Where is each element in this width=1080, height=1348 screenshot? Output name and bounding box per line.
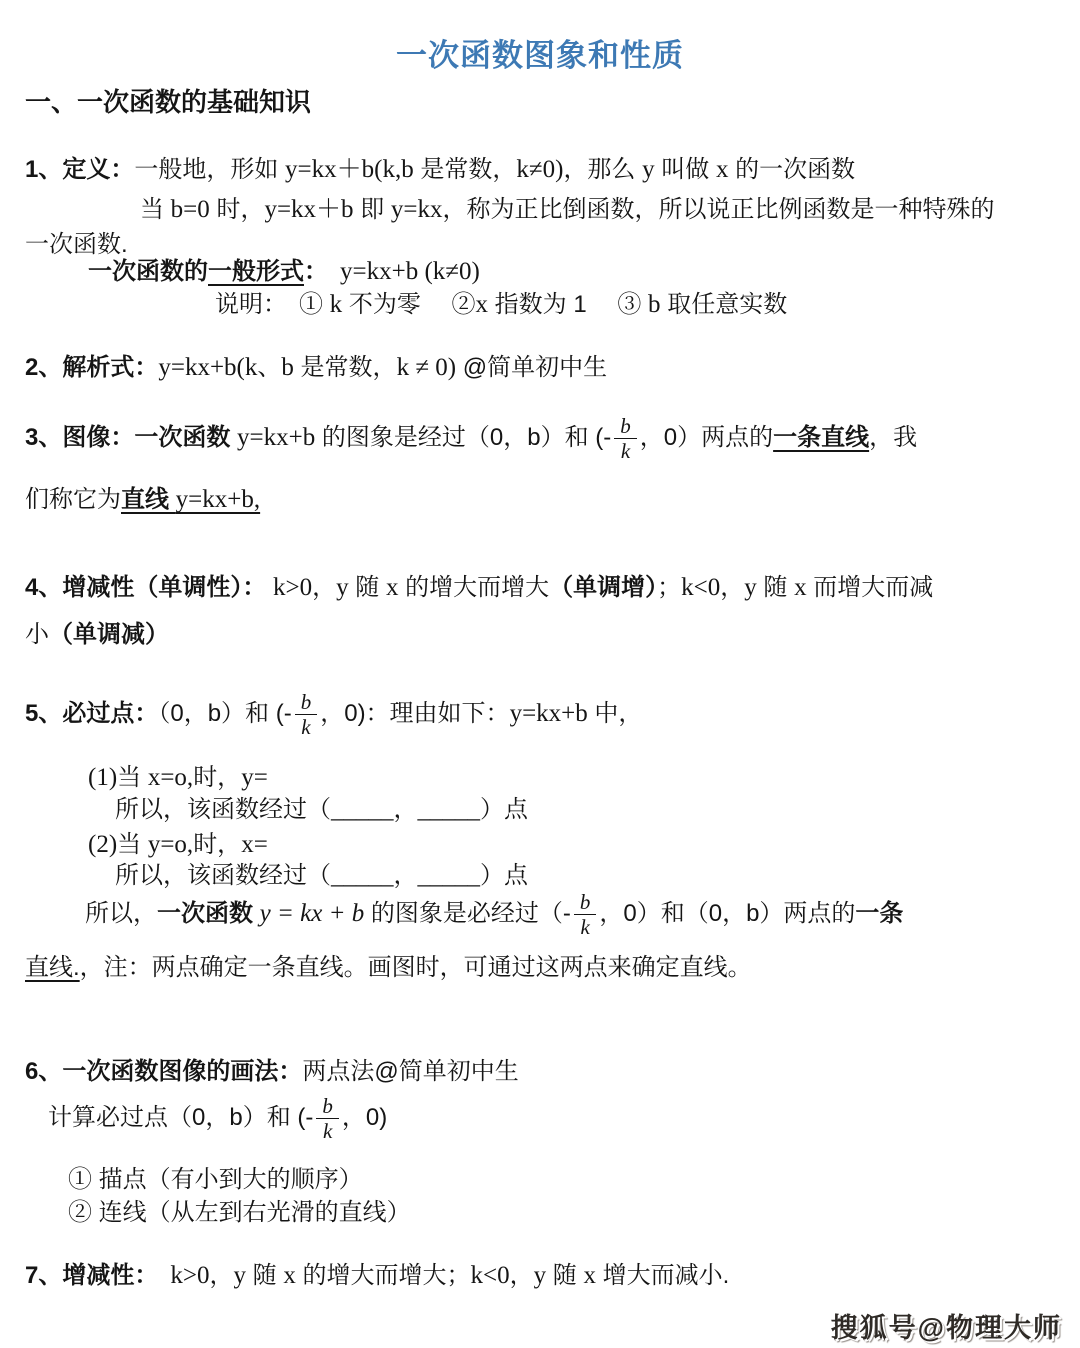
text-segment: y=kx＋b(k,b — [285, 156, 414, 183]
text-segment: 4、增减性（单调性）： — [25, 574, 266, 601]
fraction-numerator: b — [316, 1094, 339, 1118]
fraction-numerator: b — [574, 890, 597, 914]
section-4-monotonicity: 4、增减性（单调性）： k>0，y 随 x 的增大而增大（单调增）；k<0，y … — [25, 570, 933, 605]
text-segment: 一、一次函数的基础知识 — [25, 87, 311, 117]
document-page: 一次函数图象和性质 一、一次函数的基础知识1、定义：一般地，形如 y=kx＋b(… — [0, 0, 1080, 1348]
text-segment: y=kx+b — [237, 424, 315, 451]
fraction-denominator: k — [295, 714, 318, 739]
text-segment: 一次函数 — [134, 424, 237, 451]
text-segment: b=0 — [171, 196, 210, 223]
text-segment: 叫做 — [655, 156, 716, 183]
text-segment: ，0）和（0，b）两点的 — [599, 900, 855, 927]
page-title: 一次函数图象和性质 — [0, 34, 1080, 77]
watermark: 搜狐号@物理大师 — [831, 1306, 1062, 1345]
text-segment: ， — [394, 796, 418, 823]
section-6-drawing-method: 6、一次函数图像的画法：两点法@简单初中生 — [25, 1055, 519, 1089]
text-segment: 3、图像： — [25, 424, 134, 451]
section-5-case-1-blank: 所以，该函数经过（_____，_____）点 — [115, 792, 528, 827]
fraction-denominator: k — [614, 438, 637, 463]
text-segment: 2、解析式： — [25, 354, 158, 381]
text-segment: 5、必过点： — [25, 700, 158, 727]
text-segment: ，0）两点的 — [640, 424, 773, 451]
section-5-case-2: (2)当 y=o,时，x= — [88, 827, 268, 862]
fraction-denominator: k — [316, 1118, 339, 1143]
text-segment: 是常数， — [414, 156, 517, 183]
section-5-case-1: (1)当 x=o,时，y= — [88, 760, 268, 795]
text-segment: 计算必过点（0，b）和 (- — [48, 1104, 313, 1131]
text-segment: 的增大而增大 — [398, 574, 549, 601]
text-segment: y=kx＋b — [264, 196, 353, 223]
text-segment: 当 — [140, 196, 171, 223]
section-6-compute-points: 计算必过点（0，b）和 (-bk，0) — [48, 1094, 387, 1143]
text-segment: k<0 — [681, 574, 720, 601]
text-segment: ， — [209, 1262, 233, 1289]
section-6-step-2: ② 连线（从左到右光滑的直线） — [68, 1196, 411, 1230]
text-segment: y=kx+b, — [176, 486, 260, 513]
text-segment: x — [716, 156, 729, 183]
text-segment: 所以， — [85, 900, 157, 927]
section-3-graph: 3、图像：一次函数 y=kx+b 的图象是经过（0，b）和 (-bk，0）两点的… — [25, 414, 917, 463]
fraction-b-over-k: bk — [316, 1094, 339, 1143]
section-2-analytic: 2、解析式：y=kx+b(k、b 是常数，k ≠ 0) @简单初中生 — [25, 350, 607, 385]
text-segment: 一条 — [855, 900, 903, 927]
text-segment — [253, 900, 260, 927]
text-segment: 7、增减性： — [25, 1262, 146, 1289]
section-6-step-1: ① 描点（有小到大的顺序） — [68, 1163, 363, 1197]
text-segment: x — [283, 1262, 296, 1289]
section-4-line-2: 小（单调减） — [25, 618, 169, 652]
text-segment: 不为零 ② — [342, 291, 475, 318]
text-segment: (2) — [88, 831, 117, 858]
text-segment: 们称它为 — [25, 486, 121, 513]
text-segment: _____ — [331, 796, 394, 823]
text-segment: 小 — [25, 621, 49, 648]
text-segment: 随 — [546, 1262, 583, 1289]
text-segment: ① 描点（有小到大的顺序） — [68, 1166, 363, 1193]
text-segment: _____ — [418, 796, 481, 823]
text-segment: y — [336, 574, 349, 601]
text-segment: ，0) — [342, 1104, 387, 1131]
text-segment: ， — [394, 862, 418, 889]
text-segment: 时， — [193, 764, 241, 791]
text-segment: ，那么 — [563, 156, 642, 183]
text-segment: 随 — [349, 574, 386, 601]
text-segment: 一次函数 — [157, 900, 253, 927]
text-segment: （单调增） — [549, 574, 657, 601]
general-form-notes: 说明： ① k 不为零 ②x 指数为 1 ③ b 取任意实数 — [215, 287, 787, 322]
fraction-b-over-k: bk — [574, 890, 597, 939]
text-segment: y=kx+b(k — [158, 354, 257, 381]
text-segment: b — [648, 291, 661, 318]
text-segment: 时， — [210, 196, 265, 223]
text-segment: 所以，该函数经过（ — [115, 796, 331, 823]
text-segment: 的一次函数 — [728, 156, 855, 183]
text-segment: @简单初中生 — [456, 354, 607, 381]
text-segment: 一次函数的 — [88, 258, 208, 285]
section-5-note: 直线.，注：两点确定一条直线。画图时，可通过这两点来确定直线。 — [25, 951, 752, 985]
text-segment: （0，b）和 (- — [158, 700, 291, 727]
general-form-line: 一次函数的一般形式： y=kx+b (k≠0) — [88, 254, 480, 289]
text-segment: y — [233, 1262, 246, 1289]
text-segment: 直线 — [121, 486, 176, 513]
text-segment: ： — [304, 258, 316, 285]
section-5-conclusion: 所以，一次函数 y = kx + b 的图象是必经过（-bk，0）和（0，b）两… — [85, 890, 903, 939]
text-segment: x — [794, 574, 807, 601]
section-7-monotonicity: 7、增减性： k>0，y 随 x 的增大而增大；k<0，y 随 x 增大而减小. — [25, 1258, 729, 1293]
text-segment — [146, 1262, 170, 1289]
fraction-denominator: k — [574, 914, 597, 939]
text-segment: y= — [241, 764, 268, 791]
text-segment: 、 — [257, 354, 281, 381]
text-segment: y = kx + b — [260, 900, 365, 927]
text-segment: 当 — [117, 831, 148, 858]
text-segment: y — [642, 156, 655, 183]
text-segment: 当 — [117, 764, 148, 791]
text-segment: ，我 — [869, 424, 917, 451]
text-segment: k>0 — [273, 574, 312, 601]
text-segment: 一般地，形如 — [134, 156, 285, 183]
text-segment: 是常数， — [294, 354, 397, 381]
text-segment: 增大而减小. — [596, 1262, 729, 1289]
text-segment: 两点法@简单初中生 — [302, 1058, 518, 1085]
text-segment: y=kx+b — [510, 700, 588, 727]
text-segment: ）点 — [480, 796, 528, 823]
text-segment: y=kx+b (k≠0) — [340, 258, 480, 285]
text-segment: k ≠ 0) — [397, 354, 457, 381]
text-segment: （单调减） — [49, 621, 169, 648]
fraction-numerator: b — [614, 414, 637, 438]
text-segment: ， — [510, 1262, 534, 1289]
section-5-case-2-blank: 所以，该函数经过（_____，_____）点 — [115, 858, 528, 893]
text-segment: k — [330, 291, 343, 318]
text-segment: 6、一次函数图像的画法： — [25, 1058, 302, 1085]
text-segment: 的图象是必经过（- — [364, 900, 571, 927]
text-segment: 一般形式 — [208, 258, 304, 285]
text-segment: 1、定义： — [25, 156, 134, 183]
text-segment: b — [281, 354, 294, 381]
text-segment: ，注：两点确定一条直线。画图时，可通过这两点来确定直线。 — [80, 954, 752, 981]
text-segment: 取任意实数 — [661, 291, 788, 318]
text-segment: ② 连线（从左到右光滑的直线） — [68, 1199, 411, 1226]
text-segment: 随 — [757, 574, 794, 601]
text-segment: 随 — [246, 1262, 283, 1289]
text-segment: (1) — [88, 764, 117, 791]
text-segment: x= — [241, 831, 268, 858]
text-segment: 所以，该函数经过（ — [115, 862, 331, 889]
text-segment: k≠0) — [516, 156, 563, 183]
text-segment: x=o, — [148, 764, 193, 791]
definition-line-1: 1、定义：一般地，形如 y=kx＋b(k,b 是常数，k≠0)，那么 y 叫做 … — [25, 152, 855, 187]
text-segment: 说明： ① — [215, 291, 330, 318]
text-segment: _____ — [418, 862, 481, 889]
text-segment: 而增大而减 — [807, 574, 934, 601]
text-segment: k>0 — [170, 1262, 209, 1289]
text-segment: y=kx — [391, 196, 443, 223]
text-segment: ）点 — [480, 862, 528, 889]
fraction-b-over-k: bk — [295, 690, 318, 739]
text-segment: x — [583, 1262, 596, 1289]
section-heading-basics: 一、一次函数的基础知识 — [25, 84, 311, 120]
text-segment: 一条直线 — [773, 424, 869, 451]
fraction-b-over-k: bk — [614, 414, 637, 463]
text-segment: _____ — [331, 862, 394, 889]
text-segment: 即 — [354, 196, 391, 223]
text-segment: x — [476, 291, 489, 318]
section-3-graph-line-2: 们称它为直线 y=kx+b, — [25, 482, 260, 517]
section-5-fixed-points: 5、必过点：（0，b）和 (-bk，0)：理由如下：y=kx+b 中， — [25, 690, 642, 739]
text-segment: 中， — [588, 700, 643, 727]
text-segment: ，0)：理由如下： — [320, 700, 509, 727]
text-segment: y — [534, 1262, 547, 1289]
text-segment — [316, 258, 340, 285]
text-segment: ，称为正比倒函数，所以说正比例函数是一种特殊的 — [443, 196, 995, 223]
fraction-numerator: b — [295, 690, 318, 714]
text-segment: ， — [720, 574, 744, 601]
text-segment: y — [744, 574, 757, 601]
definition-line-2: 当 b=0 时，y=kx＋b 即 y=kx，称为正比倒函数，所以说正比例函数是一… — [140, 192, 995, 227]
text-segment: 指数为 1 ③ — [488, 291, 648, 318]
text-segment: 的图象是经过（0，b）和 (- — [315, 424, 611, 451]
text-segment: ； — [657, 574, 681, 601]
text-segment: y=o, — [148, 831, 193, 858]
text-segment: 时， — [193, 831, 241, 858]
text-segment: 直线. — [25, 954, 80, 981]
text-segment: k<0 — [470, 1262, 509, 1289]
text-segment: x — [386, 574, 399, 601]
text-segment: ， — [312, 574, 336, 601]
text-segment: 的增大而增大； — [296, 1262, 471, 1289]
